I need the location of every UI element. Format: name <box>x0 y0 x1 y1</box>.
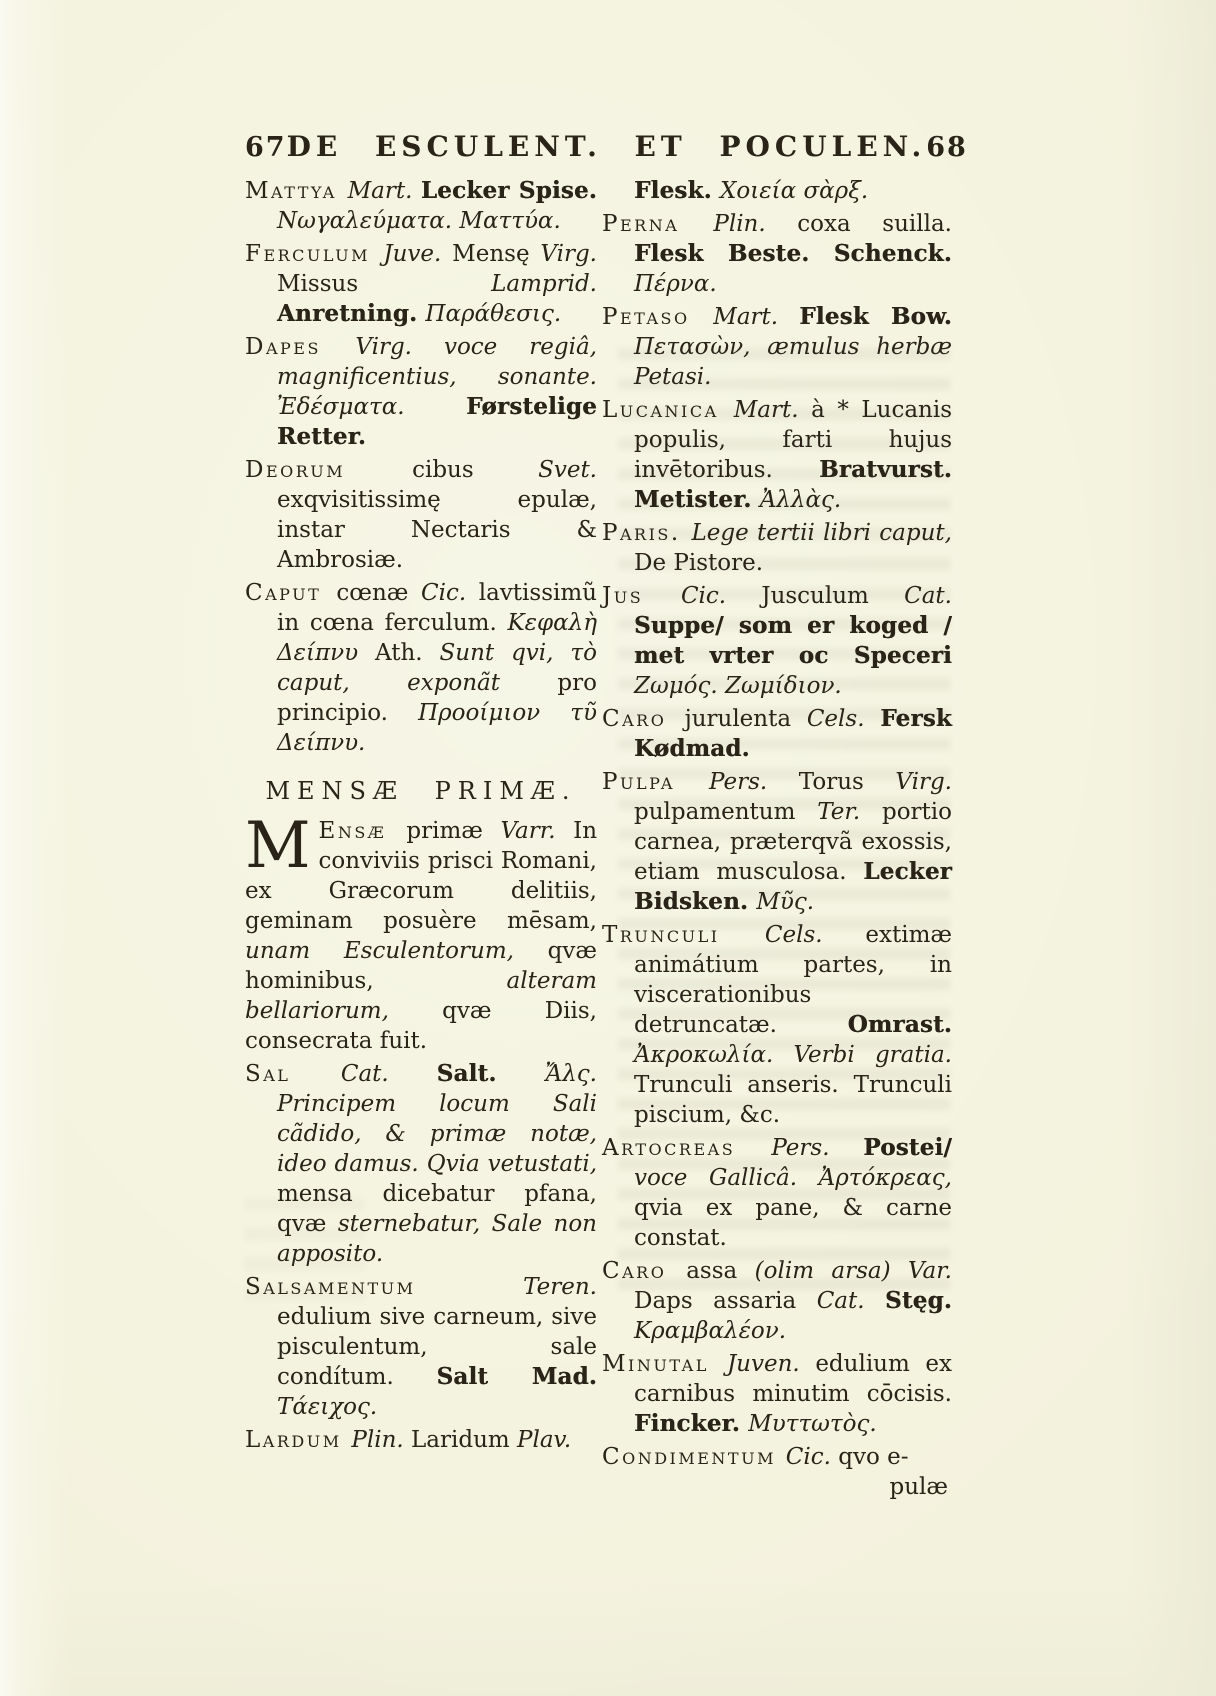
entry-segment: Missus <box>277 271 491 297</box>
entry-segment: Perna <box>602 211 713 237</box>
entry-segment: Μῦς. <box>756 889 814 915</box>
dictionary-entry: Jus Cic. Jusculum Cat. Suppe/ som er kog… <box>602 581 952 701</box>
entry-segment: Ἀλλὰς. <box>760 487 842 513</box>
entry-segment: Τάειχος. <box>277 1394 377 1420</box>
entry-segment: Daps assaria <box>634 1288 817 1314</box>
entry-segment: Flesk Beste. Schenck. <box>634 240 952 267</box>
entry-segment: Ἐδέσματα. <box>277 394 466 420</box>
page-number-right: 68 <box>926 132 968 163</box>
entry-segment: Ἀρτόκρεας, <box>819 1165 952 1191</box>
dictionary-entry: Artocreas Pers. Postei/ voce Gallicâ. Ἀρ… <box>602 1133 952 1253</box>
entry-segment: Stęg. <box>885 1287 952 1314</box>
entry-segment: Ferculum <box>245 241 383 267</box>
dictionary-entry: Ferculum Juve. Mensę Virg. Missus Lampri… <box>245 239 597 329</box>
entry-segment: Fincker. <box>634 1410 748 1437</box>
entry-segment: Torus <box>799 769 896 795</box>
entry-segment: Παράθεσις. <box>425 301 561 327</box>
drop-cap: M <box>245 816 319 871</box>
book-page-scan: 67 DE ESCULENT. ET POCULEN. 68 Mattya Ma… <box>0 0 1216 1696</box>
entry-segment: pulpamentum <box>634 799 817 825</box>
entry-segment: Κραμβαλέον. <box>634 1318 786 1344</box>
entry-segment: Laridum <box>411 1427 517 1453</box>
dictionary-entry: Deorum cibus Svet. exqvisitissimę epulæ,… <box>245 455 597 575</box>
text-column-left: Mattya Mart. Lecker Spise. Νωγαλεύματα. … <box>245 176 597 1458</box>
entry-segment: Cic. <box>681 583 761 609</box>
entry-segment: Virg. <box>540 241 597 267</box>
entry-segment: Caro <box>602 706 685 732</box>
entry-segment: Salt Mad. <box>436 1363 597 1390</box>
entry-segment: qvia ex pane, & carne constat. <box>634 1195 952 1251</box>
entry-segment: Cels. <box>765 922 866 948</box>
entry-segment: Μυττωτὸς. <box>748 1411 877 1437</box>
dictionary-entry: Condimentum Cic. qvo e-pulæ <box>602 1442 952 1502</box>
entry-segment: Virg. <box>895 769 952 795</box>
entry-segment: Νωγαλεύματα. Ματτύα. <box>277 208 561 234</box>
entry-segment: Deorum <box>245 457 412 483</box>
entry-segment: Ensæ <box>319 818 407 844</box>
entry-segment: Jusculum <box>761 583 904 609</box>
dictionary-entry: Perna Plin. coxa suilla. Flesk Beste. Sc… <box>602 209 952 299</box>
section-heading: MENSÆ PRIMÆ. <box>245 776 597 806</box>
entry-segment: jurulenta <box>685 706 807 732</box>
entry-segment: Lege tertii libri caput, <box>692 520 952 546</box>
entry-segment: Juve. <box>383 241 452 267</box>
entry-segment: Petaso <box>602 304 713 330</box>
entry-segment: Cat. <box>341 1061 437 1087</box>
entry-segment: (olim arsa) Var. <box>755 1258 952 1284</box>
running-title: DE ESCULENT. ET POCULEN. <box>287 130 927 163</box>
entry-segment: Juven. <box>727 1351 815 1377</box>
entry-segment: Pers. <box>709 769 799 795</box>
entry-segment: Ἄλς. <box>545 1061 597 1087</box>
dictionary-entry: Minutal Juven. edulium ex carnibus minut… <box>602 1349 952 1439</box>
entry-segment: Teren. <box>523 1274 597 1300</box>
dictionary-entry: Caput cœnæ Cic. lavtissimũ in cœna fercu… <box>245 578 597 758</box>
entry-segment: Salt. <box>437 1060 546 1087</box>
entry-segment: Mensę <box>452 241 540 267</box>
entry-segment: Lamprid. <box>491 271 597 297</box>
entry-segment: Lucanica <box>602 397 734 423</box>
entry-segment: primæ <box>406 818 500 844</box>
entry-segment: τὸ <box>570 640 597 666</box>
entry-segment: Flesk. <box>634 177 720 204</box>
entry-segment: Plav. <box>517 1427 571 1453</box>
entry-segment: cœnæ <box>336 580 421 606</box>
entry-segment: Postei/ <box>863 1134 952 1161</box>
entry-segment: unam Esculentorum, <box>245 938 548 964</box>
entry-segment: Omrast. <box>848 1011 952 1038</box>
entry-segment: Minutal <box>602 1351 727 1377</box>
entry-segment: voce Gallicâ. <box>634 1165 819 1191</box>
dictionary-entry: Paris. Lege tertii libri caput, De Pisto… <box>602 518 952 578</box>
dictionary-entry: Caro jurulenta Cels. Fersk Kødmad. <box>602 704 952 764</box>
entry-segment: Cat. <box>904 583 952 609</box>
entry-segment: Ter. <box>817 799 882 825</box>
entry-segment: Cic. <box>421 580 479 606</box>
entry-segment: coxa suilla. <box>797 211 952 237</box>
page-header: 67 DE ESCULENT. ET POCULEN. 68 <box>245 130 945 163</box>
dictionary-entry: Mattya Mart. Lecker Spise. Νωγαλεύματα. … <box>245 176 597 236</box>
entry-segment: Cels. <box>807 706 880 732</box>
entry-segment: Anretning. <box>277 300 425 327</box>
page-number-left: 67 <box>245 132 287 163</box>
entry-segment: exqvisitissimę epulæ, instar Nectaris & … <box>277 487 597 573</box>
dictionary-entry: Petaso Mart. Flesk Bow. Πετασὼν, æmulus … <box>602 302 952 392</box>
entry-segment: Mart. <box>348 178 421 204</box>
entry-segment: Caro <box>602 1258 686 1284</box>
dictionary-entry: Pulpa Pers. Torus Virg. pulpamentum Ter.… <box>602 767 952 917</box>
entry-segment: Sunt qvi, <box>440 640 571 666</box>
entry-segment: Lardum <box>245 1427 351 1453</box>
entry-segment: Artocreas <box>602 1135 771 1161</box>
entry-segment: Flesk Bow. <box>799 303 952 330</box>
entry-segment: Ath. <box>375 640 440 666</box>
entry-segment: Svet. <box>538 457 597 483</box>
entry-segment: Suppe/ som er koged / met vrter oc Spece… <box>634 612 952 669</box>
dictionary-entry: Sal Cat. Salt. Ἄλς. Principem locum Sali… <box>245 1059 597 1269</box>
entry-segment: assa <box>686 1258 754 1284</box>
entry-segment: Plin. <box>351 1427 411 1453</box>
dictionary-entry: Trunculi Cels. extimæ animátium partes, … <box>602 920 952 1130</box>
entry-segment: Πετασὼν, <box>634 334 767 360</box>
dictionary-entry: MEnsæ primæ Varr. In conviviis prisci Ro… <box>245 816 597 1056</box>
entry-segment: Mart. <box>713 304 799 330</box>
dictionary-entry: Flesk. Χοιεία σὰρξ. <box>602 176 952 206</box>
catchword: pulæ <box>634 1472 952 1502</box>
entry-segment: cibus <box>412 457 538 483</box>
dictionary-entry: Caro assa (olim arsa) Var. Daps assaria … <box>602 1256 952 1346</box>
entry-segment: Jus <box>602 583 681 609</box>
entry-segment: Pulpa <box>602 769 709 795</box>
entry-segment: Trunculi anseris. Trunculi piscium, &c. <box>634 1072 952 1128</box>
entry-segment: caput, exponãt <box>277 670 557 696</box>
entry-segment: Condimentum <box>602 1444 786 1470</box>
dictionary-entry: Lucanica Mart. à * Lucanis populis, fart… <box>602 395 952 515</box>
entry-segment: Salsamentum <box>245 1274 523 1300</box>
entry-segment: Pers. <box>771 1135 863 1161</box>
entry-segment: Varr. <box>501 818 574 844</box>
entry-segment: Mart. <box>734 397 811 423</box>
entry-segment: Cat. <box>817 1288 885 1314</box>
text-column-right: Flesk. Χοιεία σὰρξ.Perna Plin. coxa suil… <box>602 176 952 1505</box>
entry-segment: Ἀκροκωλία. <box>634 1042 794 1068</box>
entry-segment: Mattya <box>245 178 348 204</box>
dictionary-entry: Lardum Plin. Laridum Plav. <box>245 1425 597 1455</box>
entry-segment: Cic. <box>786 1444 838 1470</box>
entry-segment: De Pistore. <box>634 550 763 576</box>
entry-segment: Plin. <box>713 211 797 237</box>
entry-segment: qvo e- <box>838 1444 908 1470</box>
entry-segment: Paris. <box>602 520 692 546</box>
entry-segment: Caput <box>245 580 336 606</box>
entry-segment: Ζωμός. Ζωμίδιον. <box>634 673 842 699</box>
dictionary-entry: Dapes Virg. voce regiâ, magnificentius, … <box>245 332 597 452</box>
entry-segment: Lecker Spise. <box>421 177 597 204</box>
entry-segment: Χοιεία σὰρξ. <box>720 178 868 204</box>
entry-segment: Sal <box>245 1061 341 1087</box>
dictionary-entry: Salsamentum Teren. edulium sive carneum,… <box>245 1272 597 1422</box>
entry-segment: Dapes <box>245 334 355 360</box>
entry-segment: Πέρνα. <box>634 271 717 297</box>
entry-segment: Principem locum Sali cãdido, & primæ not… <box>277 1091 597 1177</box>
entry-segment: Trunculi <box>602 922 765 948</box>
entry-segment: Verbi gratia. <box>794 1042 952 1068</box>
